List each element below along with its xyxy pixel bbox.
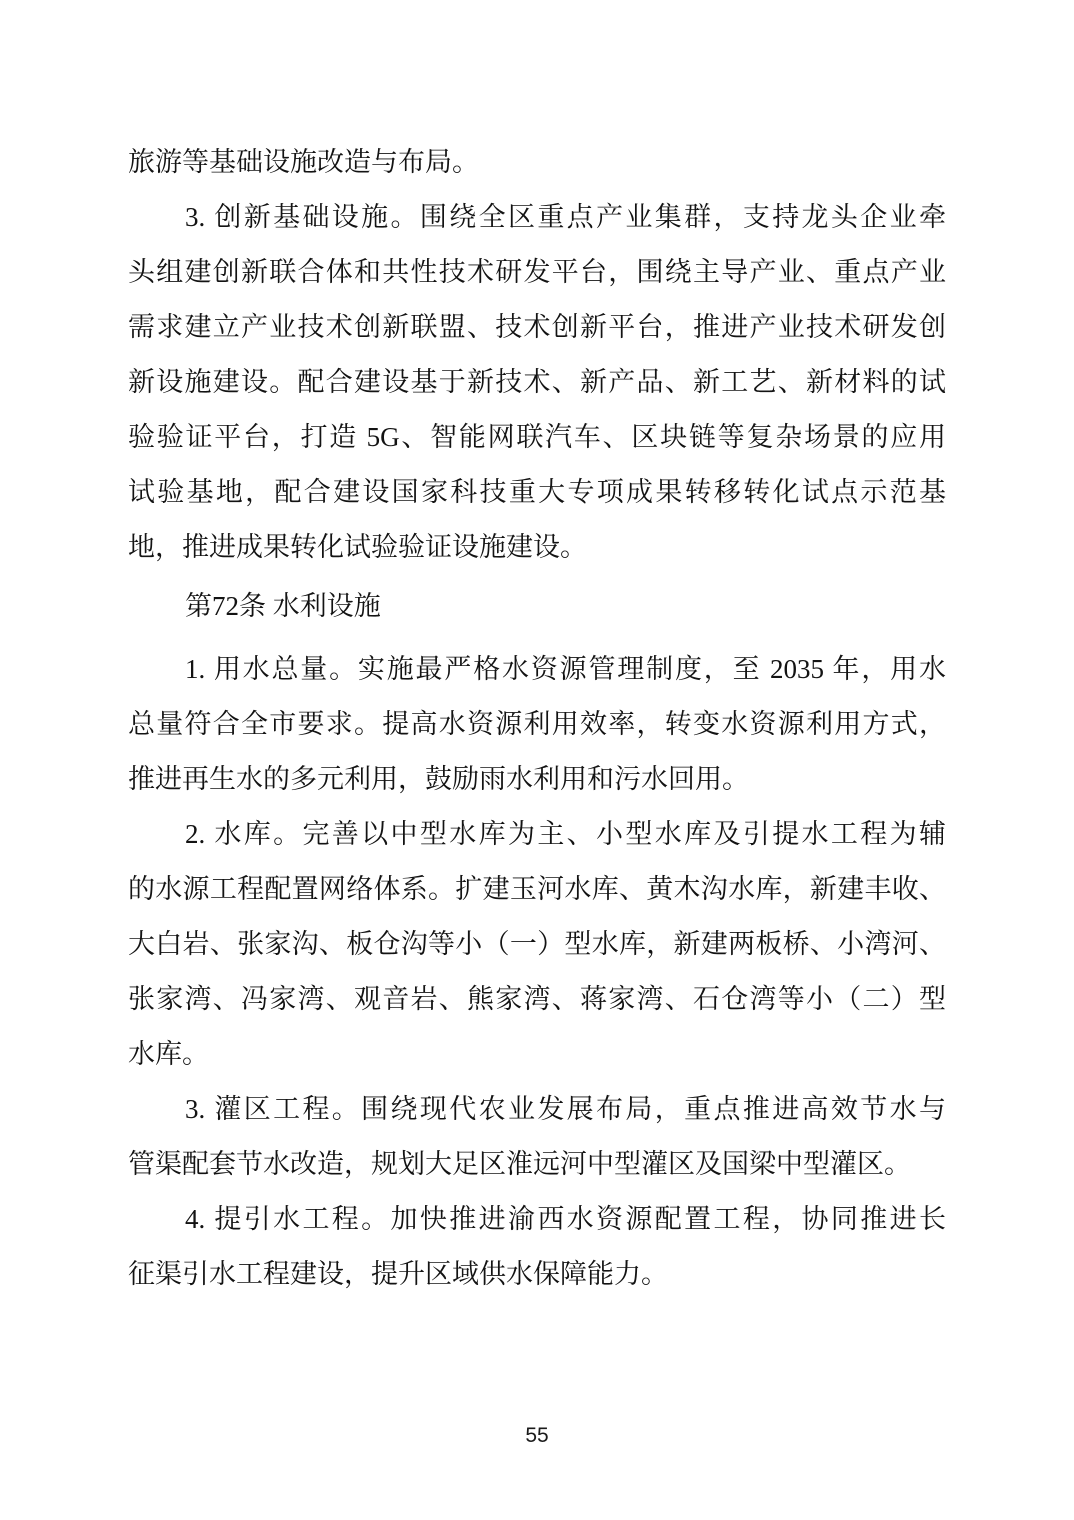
text-line: 2. 水库。完善以中型水库为主、小型水库及引提水工程为辅 <box>128 807 946 862</box>
text-line: 推进再生水的多元利用，鼓励雨水利用和污水回用。 <box>128 752 946 807</box>
text-line: 需求建立产业技术创新联盟、技术创新平台，推进产业技术研发创 <box>128 300 946 355</box>
text-line: 头组建创新联合体和共性技术研发平台，围绕主导产业、重点产业 <box>128 245 946 300</box>
text-line: 新设施建设。配合建设基于新技术、新产品、新工艺、新材料的试 <box>128 355 946 410</box>
text-line: 试验基地，配合建设国家科技重大专项成果转移转化试点示范基 <box>128 465 946 520</box>
text-line: 总量符合全市要求。提高水资源利用效率，转变水资源利用方式， <box>128 697 946 752</box>
text-line: 征渠引水工程建设，提升区域供水保障能力。 <box>128 1247 946 1302</box>
text-line: 3. 灌区工程。围绕现代农业发展布局，重点推进高效节水与 <box>128 1082 946 1137</box>
text-line: 4. 提引水工程。加快推进渝西水资源配置工程，协同推进长 <box>128 1192 946 1247</box>
text-line: 水库。 <box>128 1027 946 1082</box>
text-line: 张家湾、冯家湾、观音岩、熊家湾、蒋家湾、石仓湾等小（二）型 <box>128 972 946 1027</box>
text-line: 1. 用水总量。实施最严格水资源管理制度，至 2035 年，用水 <box>128 642 946 697</box>
text-line: 旅游等基础设施改造与布局。 <box>128 135 946 190</box>
page-number: 55 <box>525 1424 548 1447</box>
section-heading: 第72条 水利设施 <box>128 579 946 634</box>
document-page: 旅游等基础设施改造与布局。 3. 创新基础设施。围绕全区重点产业集群，支持龙头企… <box>0 0 1074 1520</box>
text-line: 的水源工程配置网络体系。扩建玉河水库、黄木沟水库，新建丰收、 <box>128 862 946 917</box>
page-footer: 55 <box>0 1423 1074 1449</box>
text-line: 地，推进成果转化试验验证设施建设。 <box>128 520 946 575</box>
text-line: 3. 创新基础设施。围绕全区重点产业集群，支持龙头企业牵 <box>128 190 946 245</box>
text-line: 大白岩、张家沟、板仓沟等小（一）型水库，新建两板桥、小湾河、 <box>128 917 946 972</box>
text-line: 管渠配套节水改造，规划大足区淮远河中型灌区及国梁中型灌区。 <box>128 1137 946 1192</box>
text-line: 验验证平台，打造 5G、智能网联汽车、区块链等复杂场景的应用 <box>128 410 946 465</box>
document-body: 旅游等基础设施改造与布局。 3. 创新基础设施。围绕全区重点产业集群，支持龙头企… <box>128 135 946 1302</box>
